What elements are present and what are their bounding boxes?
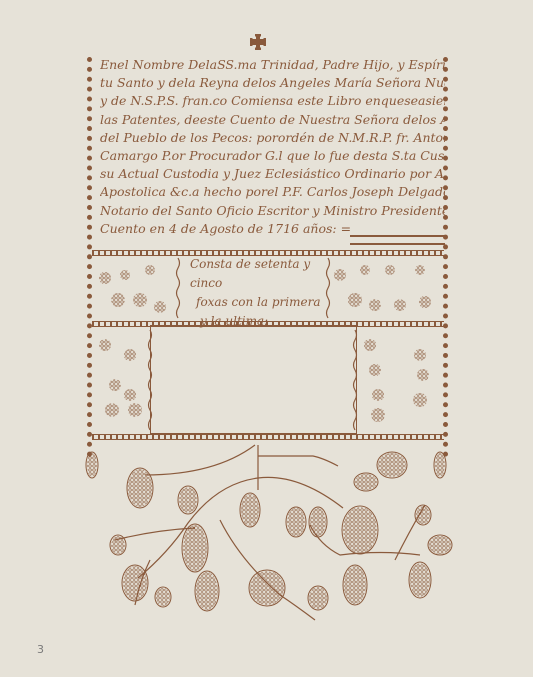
manuscript-page: Enel Nombre DelaSS.ma Trinidad, Padre Hi…	[0, 0, 533, 677]
grapevine-illustration	[0, 0, 533, 677]
page-number: 3	[37, 643, 44, 656]
